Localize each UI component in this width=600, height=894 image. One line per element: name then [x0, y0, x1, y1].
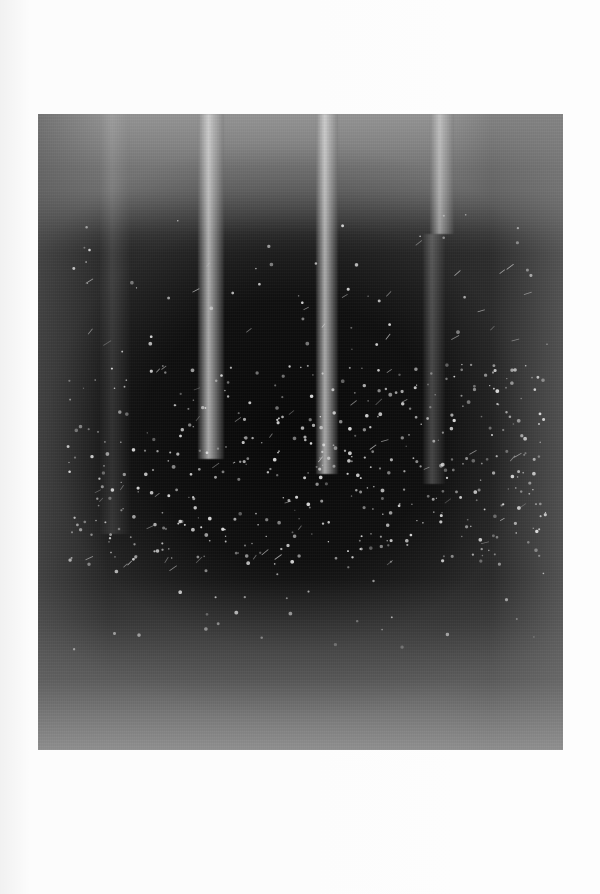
artwork-print: [38, 114, 563, 750]
paper-sheet: [0, 0, 600, 894]
print-grain: [38, 114, 563, 750]
